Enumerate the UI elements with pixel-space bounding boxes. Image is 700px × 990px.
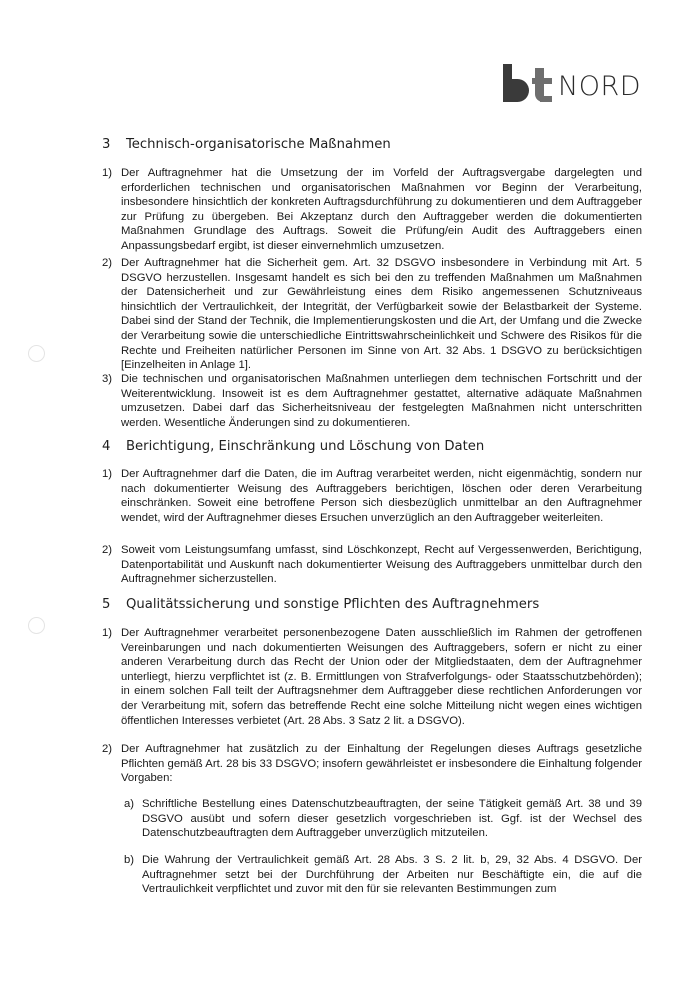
section-title: Qualitätssicherung und sonstige Pflichte…: [126, 597, 539, 612]
paragraph: 2) Der Auftragnehmer hat die Sicherheit …: [102, 256, 642, 373]
bt-logo-mark-icon: [503, 64, 552, 102]
section-heading: 5Qualitätssicherung und sonstige Pflicht…: [102, 597, 539, 612]
logo-text: NORD: [558, 72, 641, 102]
paragraph: 1) Der Auftragnehmer darf die Daten, die…: [102, 467, 642, 525]
paragraph: 2) Soweit vom Leistungsumfang umfasst, s…: [102, 543, 642, 587]
sub-paragraph: b) Die Wahrung der Vertraulichkeit gemäß…: [124, 853, 642, 897]
sub-paragraph: a) Schriftliche Bestellung eines Datensc…: [124, 797, 642, 841]
company-logo: NORD: [503, 62, 641, 102]
section-title: Technisch-organisatorische Maßnahmen: [126, 137, 391, 152]
punch-hole-icon: [28, 345, 45, 362]
paragraph: 2) Der Auftragnehmer hat zusätzlich zu d…: [102, 742, 642, 786]
paragraph: 3) Die technischen und organisatorischen…: [102, 372, 642, 430]
section-title: Berichtigung, Einschränkung und Löschung…: [126, 439, 484, 454]
paragraph: 1) Der Auftragnehmer hat die Umsetzung d…: [102, 166, 642, 254]
paragraph: 1) Der Auftragnehmer verarbeitet persone…: [102, 626, 642, 728]
punch-hole-icon: [28, 617, 45, 634]
section-heading: 4Berichtigung, Einschränkung und Löschun…: [102, 439, 484, 454]
section-heading: 3Technisch-organisatorische Maßnahmen: [102, 137, 391, 152]
